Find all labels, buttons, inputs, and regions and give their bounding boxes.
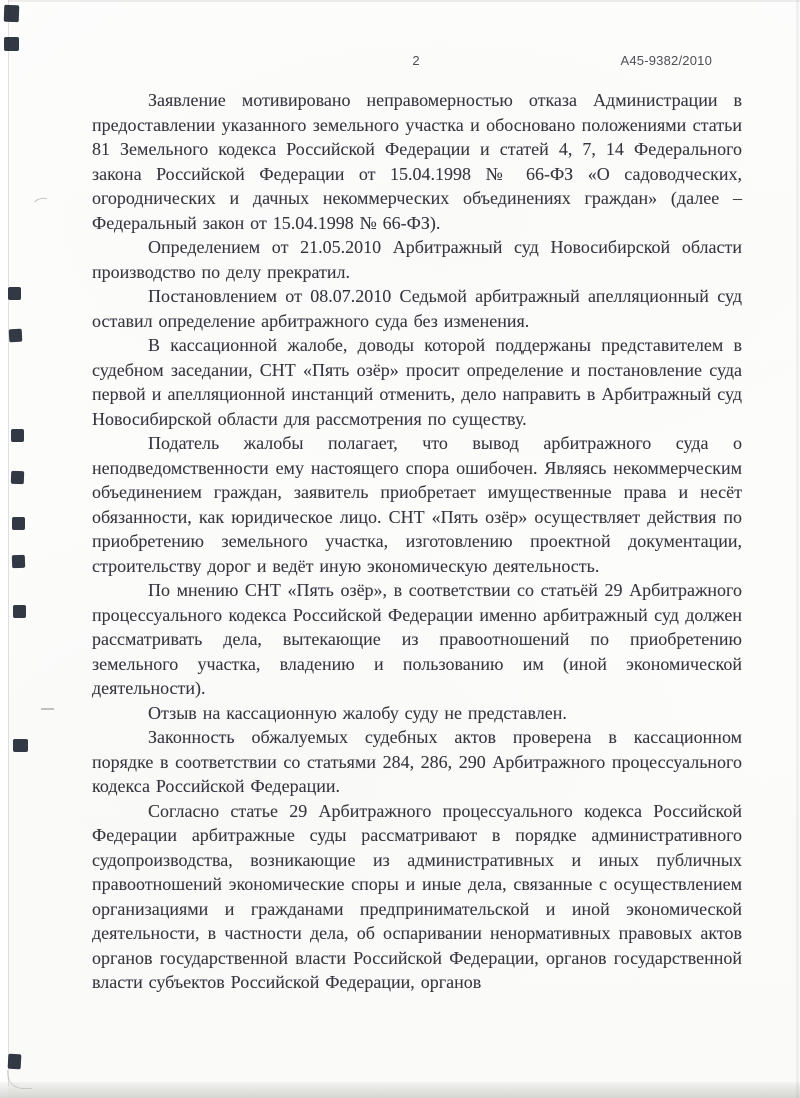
scan-artifact-mark <box>9 329 23 343</box>
scan-artifact-mark <box>13 605 26 618</box>
scan-smudge <box>41 708 54 710</box>
paragraph: В кассационной жалобе, доводы которой по… <box>92 333 742 431</box>
paragraph: Согласно статье 29 Арбитражного процессу… <box>92 799 742 995</box>
paragraph: Определением от 21.05.2010 Арбитражный с… <box>92 235 742 284</box>
paragraph: Отзыв на кассационную жалобу суду не пре… <box>92 701 742 726</box>
scan-artifact-mark <box>8 1054 22 1070</box>
scan-artifact-mark <box>11 429 24 442</box>
page-number: 2 <box>392 53 440 68</box>
scan-artifact-mark <box>11 471 24 484</box>
scan-artifact-mark <box>12 517 25 530</box>
page-gutter-left <box>0 0 8 1098</box>
page-edge-left <box>8 0 9 1086</box>
page-edge-bottom <box>0 1082 800 1098</box>
page-edge-top <box>0 0 800 2</box>
page-edge-right <box>796 0 799 1098</box>
scan-artifact-mark <box>12 555 25 568</box>
paragraph: Законность обжалуемых судебных актов про… <box>92 725 742 799</box>
case-number: А45-9382/2010 <box>620 53 712 68</box>
paragraph: Постановлением от 08.07.2010 Седьмой арб… <box>92 284 742 333</box>
scanned-document-page: 2 А45-9382/2010 Заявление мотивировано н… <box>0 0 800 1098</box>
paragraph: По мнению СНТ «Пять озёр», в соответстви… <box>92 578 742 701</box>
scan-artifact-mark <box>8 287 21 300</box>
document-body: Заявление мотивировано неправомерностью … <box>92 88 742 995</box>
paragraph: Податель жалобы полагает, что вывод арби… <box>92 431 742 578</box>
paragraph: Заявление мотивировано неправомерностью … <box>92 88 742 235</box>
scan-artifact-mark <box>4 5 20 23</box>
scan-artifact-mark <box>13 739 28 752</box>
scan-artifact-mark <box>4 37 19 51</box>
scan-smudge <box>32 196 51 211</box>
